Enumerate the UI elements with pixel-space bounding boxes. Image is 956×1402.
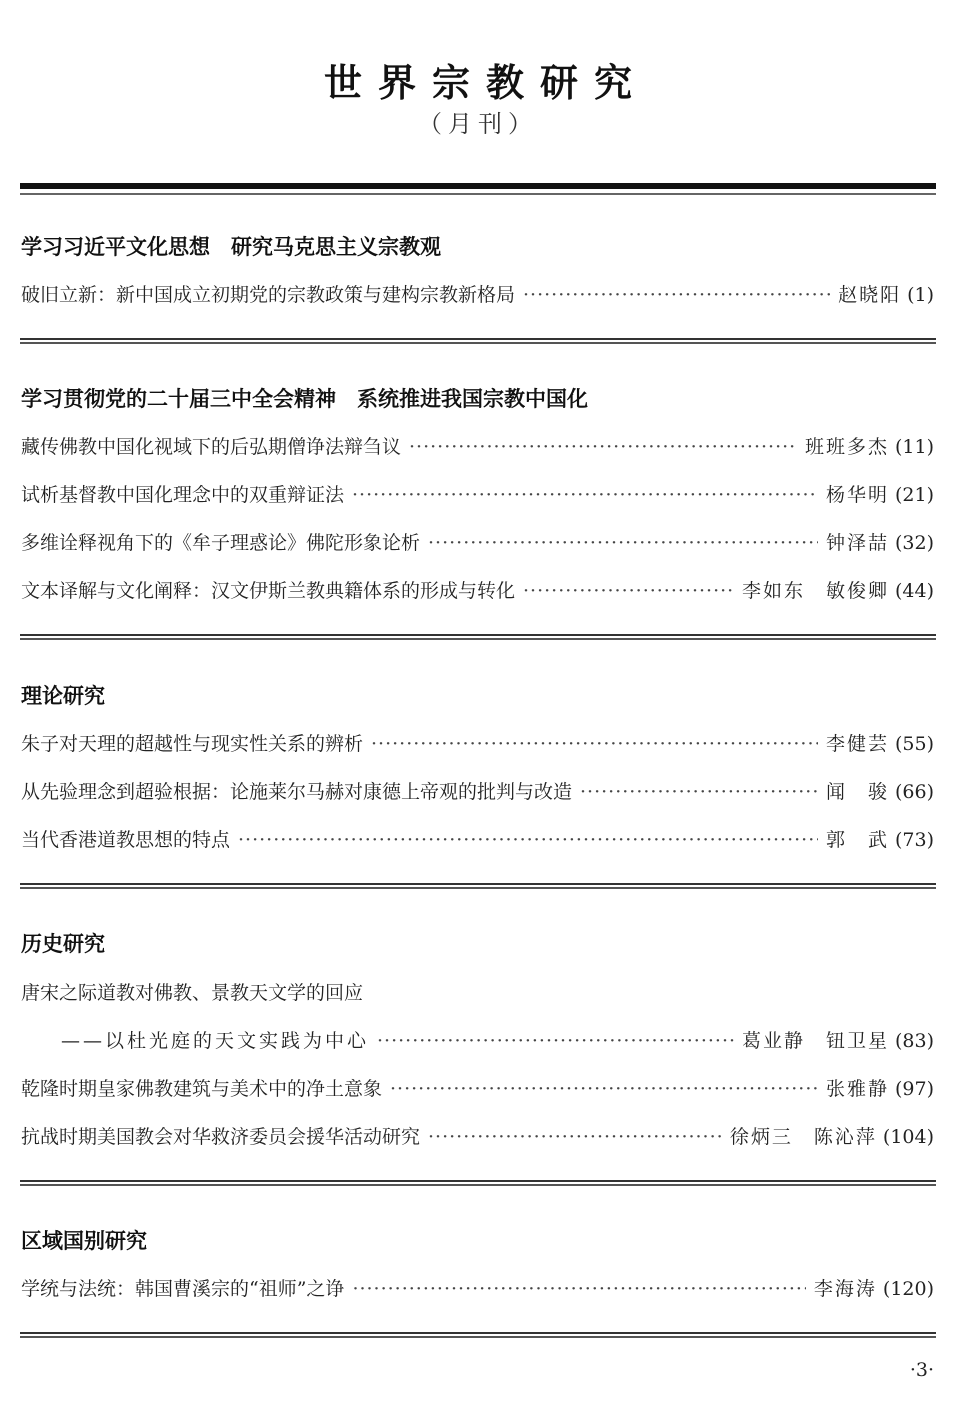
article-authors: 赵晓阳 — [838, 280, 901, 307]
page-ref: (104) — [883, 1126, 934, 1148]
article-title: 唐宋之际道教对佛教、景教天文学的回应 — [21, 978, 363, 1005]
article-title: 乾隆时期皇家佛教建筑与美术中的净土意象 — [21, 1074, 382, 1101]
section-title: 理论研究 — [21, 680, 105, 710]
page-ref: (97) — [895, 1078, 934, 1100]
dot-leader — [428, 1126, 722, 1148]
section-divider — [20, 1332, 936, 1338]
article-title: 朱子对天理的超越性与现实性关系的辨析 — [21, 729, 363, 756]
section-divider — [20, 883, 936, 889]
page-ref: (73) — [895, 829, 934, 851]
article-title: 当代香港道教思想的特点 — [21, 825, 230, 852]
section-divider — [20, 338, 936, 344]
section-divider — [20, 634, 936, 640]
toc-entry[interactable]: 乾隆时期皇家佛教建筑与美术中的净土意象 张雅静 (97) — [21, 1074, 934, 1102]
article-authors: 张雅静 — [826, 1074, 889, 1101]
toc-entry[interactable]: 多维诠释视角下的《牟子理惑论》佛陀形象论析 钟泽喆 (32) — [21, 528, 934, 556]
dot-leader — [352, 484, 818, 506]
dot-leader — [352, 1278, 805, 1300]
article-authors: 郭 武 — [826, 825, 889, 852]
section-title: 学习贯彻党的二十届三中全会精神 系统推进我国宗教中国化 — [21, 383, 588, 413]
page-ref: (21) — [895, 484, 934, 506]
dot-leader — [428, 532, 818, 554]
dot-leader — [523, 284, 830, 306]
article-title: 抗战时期美国教会对华救济委员会援华活动研究 — [21, 1122, 420, 1149]
page-ref: (1) — [907, 284, 934, 306]
article-authors: 李健芸 — [826, 729, 889, 756]
page-number: ·3· — [910, 1359, 934, 1381]
page-ref: (66) — [895, 781, 934, 803]
article-authors: 闻 骏 — [826, 777, 889, 804]
section-divider — [20, 1180, 936, 1186]
section-title: 区域国别研究 — [21, 1225, 147, 1255]
toc-entry[interactable]: 抗战时期美国教会对华救济委员会援华活动研究 徐炳三 陈沁萍 (104) — [21, 1122, 934, 1150]
article-authors: 杨华明 — [826, 480, 889, 507]
article-title: 学统与法统：韩国曹溪宗的“祖师”之诤 — [21, 1274, 344, 1301]
article-title: 文本译解与文化阐释：汉文伊斯兰教典籍体系的形成与转化 — [21, 576, 515, 603]
dot-leader — [409, 436, 797, 458]
page-ref: (120) — [883, 1278, 934, 1300]
journal-frequency: （月刊） — [0, 104, 956, 139]
article-title: 藏传佛教中国化视域下的后弘期僧诤法辩刍议 — [21, 432, 401, 459]
page-ref: (11) — [895, 436, 934, 458]
toc-entry-subtitle[interactable]: ——以杜光庭的天文实践为中心 葛业静 钮卫星 (83) — [21, 1026, 934, 1054]
page-ref: (32) — [895, 532, 934, 554]
toc-entry[interactable]: 朱子对天理的超越性与现实性关系的辨析 李健芸 (55) — [21, 729, 934, 757]
thin-rule — [20, 193, 936, 195]
dot-leader — [238, 829, 818, 851]
toc-entry[interactable]: 当代香港道教思想的特点 郭 武 (73) — [21, 825, 934, 853]
toc-entry[interactable]: 唐宋之际道教对佛教、景教天文学的回应 — [21, 978, 934, 1006]
page-ref: (83) — [895, 1030, 934, 1052]
toc-entry[interactable]: 文本译解与文化阐释：汉文伊斯兰教典籍体系的形成与转化 李如东 敏俊卿 (44) — [21, 576, 934, 604]
article-title: 多维诠释视角下的《牟子理惑论》佛陀形象论析 — [21, 528, 420, 555]
article-authors: 李海涛 — [814, 1274, 877, 1301]
dot-leader — [390, 1078, 818, 1100]
toc-entry[interactable]: 藏传佛教中国化视域下的后弘期僧诤法辩刍议 班班多杰 (11) — [21, 432, 934, 460]
article-authors: 徐炳三 陈沁萍 — [730, 1122, 877, 1149]
toc-entry[interactable]: 从先验理念到超验根据：论施莱尔马赫对康德上帝观的批判与改造 闻 骏 (66) — [21, 777, 934, 805]
toc-entry[interactable]: 破旧立新：新中国成立初期党的宗教政策与建构宗教新格局 赵晓阳 (1) — [21, 280, 934, 308]
toc-entry[interactable]: 学统与法统：韩国曹溪宗的“祖师”之诤 李海涛 (120) — [21, 1274, 934, 1302]
header-rule — [20, 183, 936, 195]
section-title: 学习习近平文化思想 研究马克思主义宗教观 — [21, 231, 441, 261]
dot-leader — [371, 733, 818, 755]
toc-entry[interactable]: 试析基督教中国化理念中的双重辩证法 杨华明 (21) — [21, 480, 934, 508]
article-title: 从先验理念到超验根据：论施莱尔马赫对康德上帝观的批判与改造 — [21, 777, 572, 804]
article-authors: 葛业静 钮卫星 — [742, 1026, 889, 1053]
page-ref: (44) — [895, 580, 934, 602]
article-title: 破旧立新：新中国成立初期党的宗教政策与建构宗教新格局 — [21, 280, 515, 307]
article-authors: 钟泽喆 — [826, 528, 889, 555]
article-authors: 班班多杰 — [805, 432, 889, 459]
dot-leader — [580, 781, 818, 803]
section-title: 历史研究 — [21, 928, 105, 958]
article-authors: 李如东 敏俊卿 — [742, 576, 889, 603]
journal-title: 世界宗教研究 — [0, 52, 956, 107]
page-ref: (55) — [895, 733, 934, 755]
article-subtitle: ——以杜光庭的天文实践为中心 — [21, 1026, 369, 1053]
article-title: 试析基督教中国化理念中的双重辩证法 — [21, 480, 344, 507]
dot-leader — [523, 580, 734, 602]
dot-leader — [377, 1030, 734, 1052]
thick-rule — [20, 183, 936, 189]
